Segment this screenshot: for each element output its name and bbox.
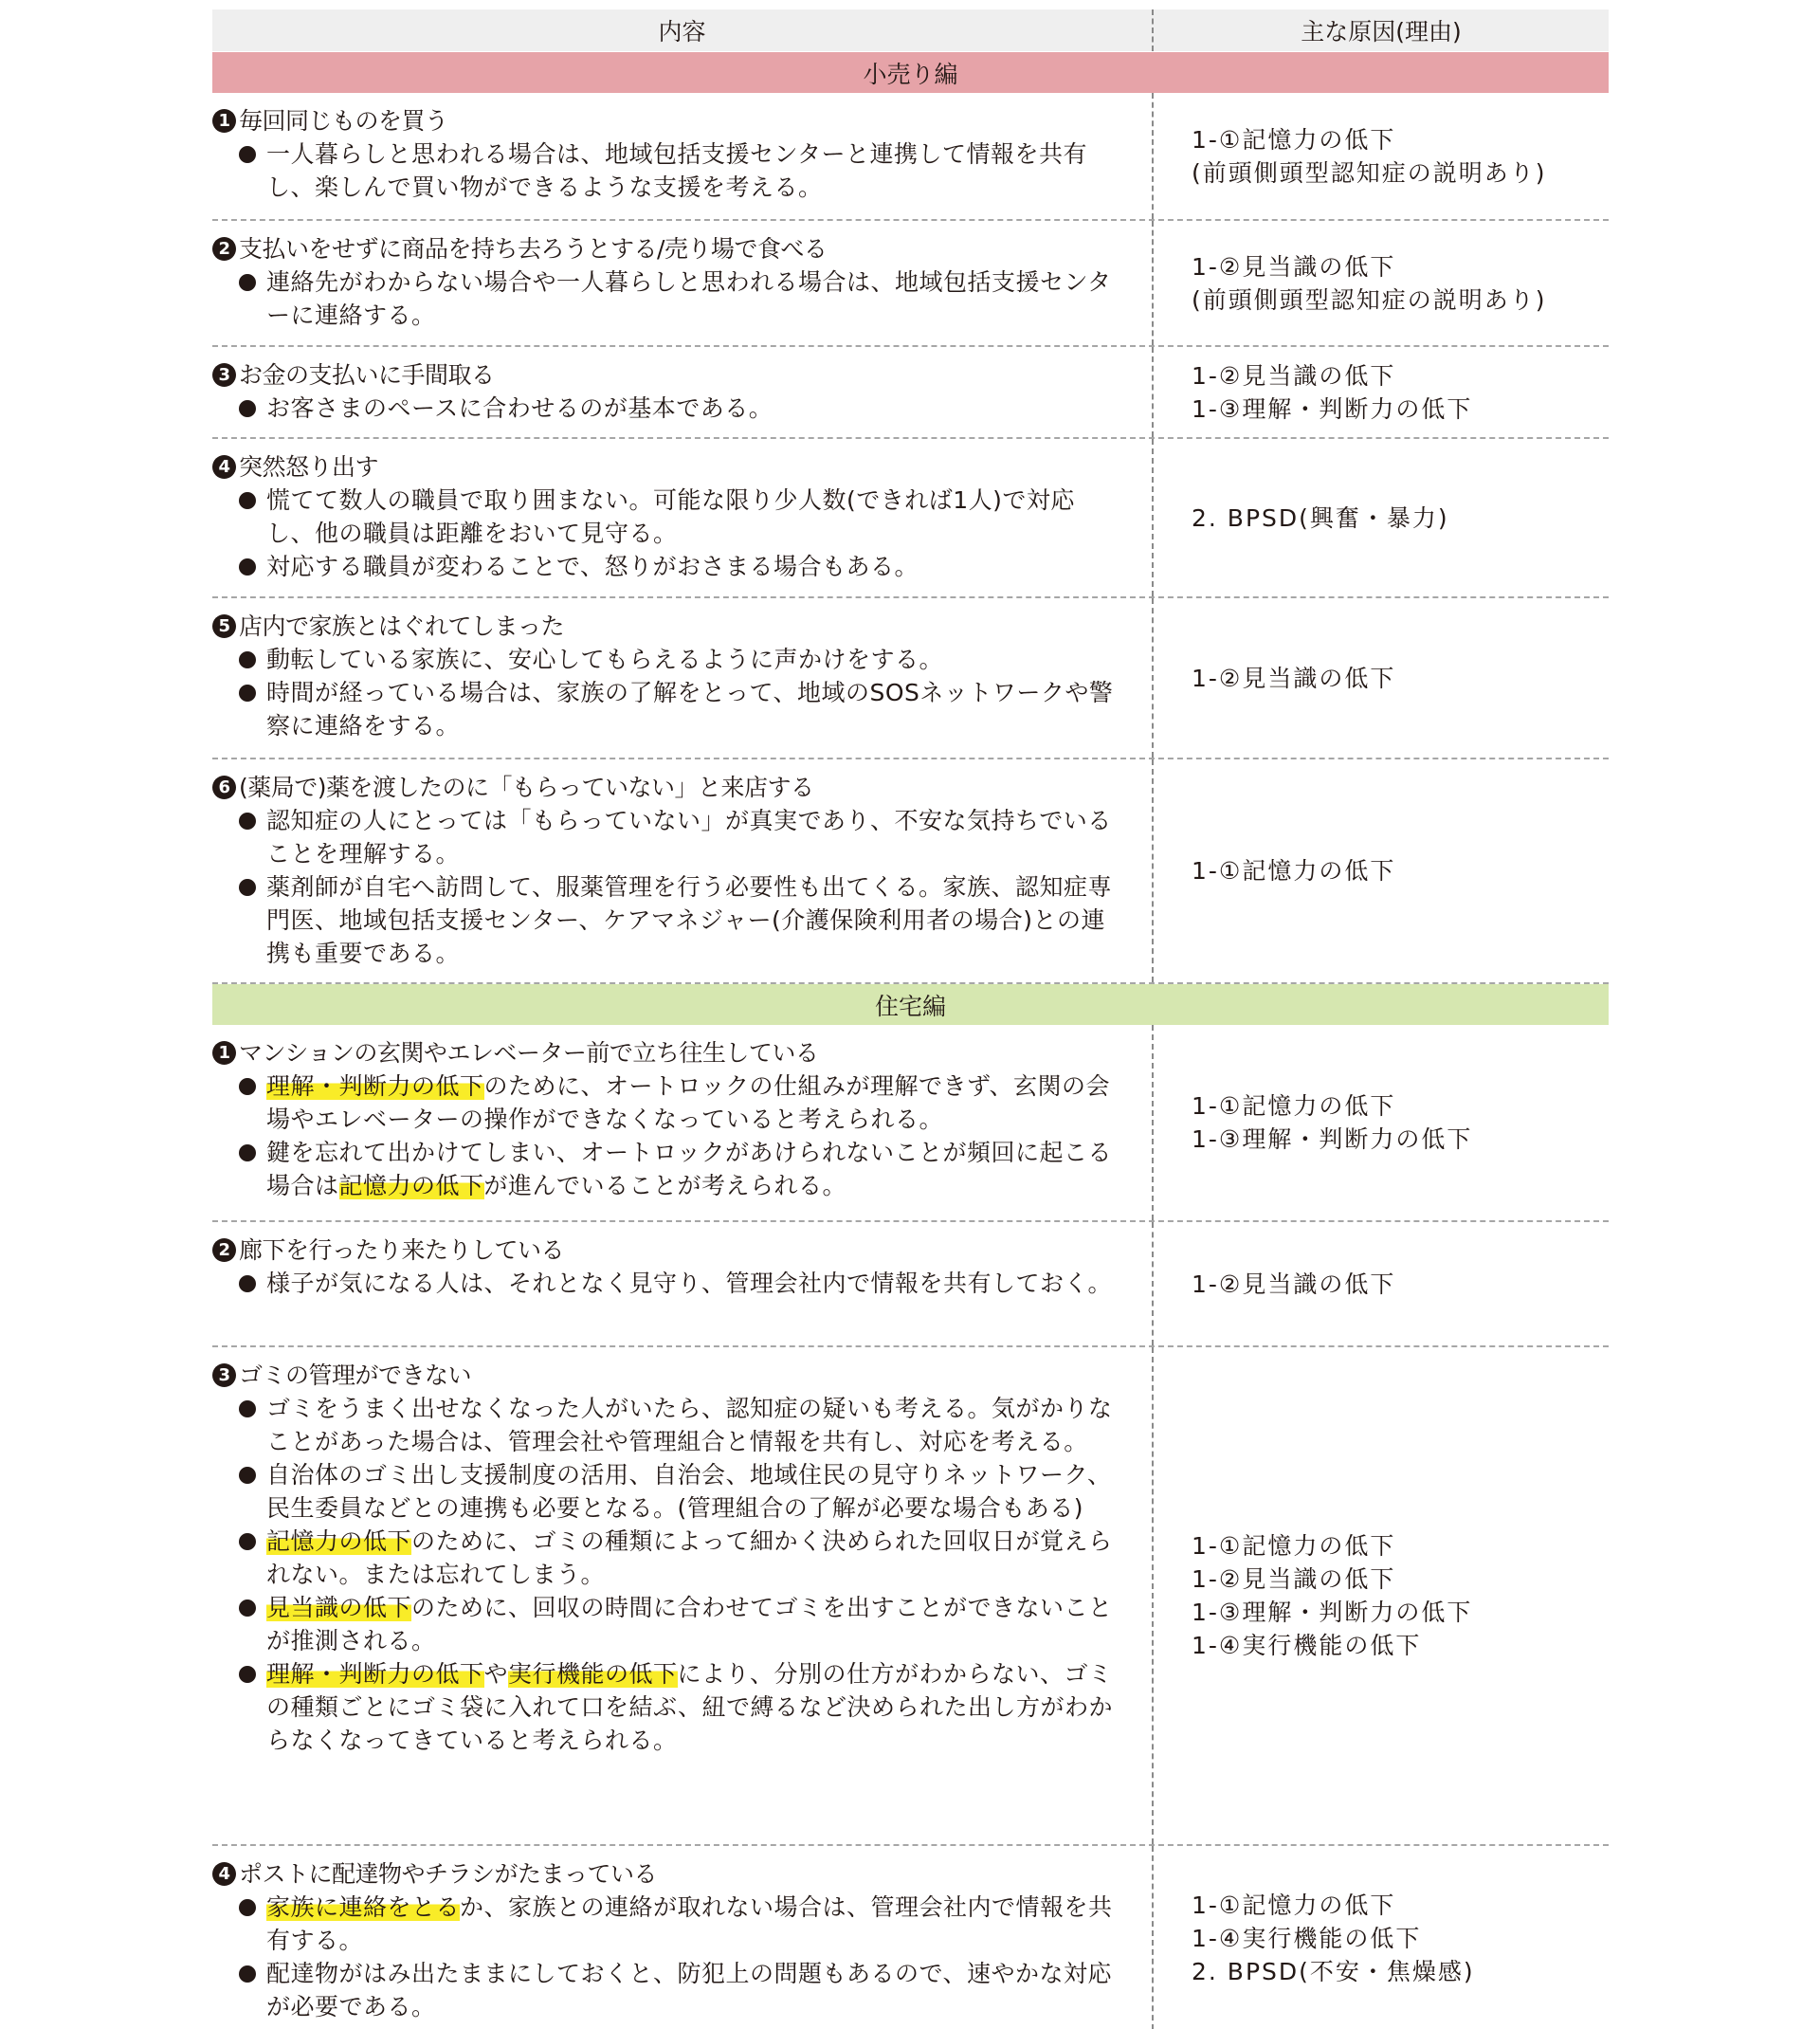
- bullet-dot-icon: [239, 1533, 256, 1550]
- cause-line: 1-①記憶力の低下: [1192, 854, 1609, 887]
- dementia-response-table: 内容 主な原因(理由) 小売り編1毎回同じものを買う一人暮らしと思われる場合は、…: [212, 9, 1609, 2029]
- row-content: 3ゴミの管理ができないゴミをうまく出せなくなった人がいたら、認知症の疑いも考える…: [212, 1347, 1154, 1844]
- number-badge-icon: 3: [212, 1363, 236, 1387]
- bullet-item: ゴミをうまく出せなくなった人がいたら、認知症の疑いも考える。気がかりなことがあっ…: [212, 1392, 1152, 1458]
- cause-line: 1-①記憶力の低下: [1192, 123, 1609, 156]
- row-cause: 1-①記憶力の低下: [1154, 759, 1609, 982]
- bullet-text: 動転している家族に、安心してもらえるように声かけをする。: [266, 643, 1152, 676]
- bullet-text: 連絡先がわからない場合や一人暮らしと思われる場合は、地域包括支援センターに連絡す…: [266, 265, 1152, 332]
- bullet-text: 一人暮らしと思われる場合は、地域包括支援センターと連携して情報を共有し、楽しんで…: [266, 137, 1152, 204]
- section-band-housing: 住宅編: [212, 984, 1609, 1025]
- row-title: 4突然怒り出す: [212, 450, 1152, 484]
- text-segment: お客さまのペースに合わせるのが基本である。: [266, 394, 773, 422]
- bullet-dot-icon: [239, 1078, 256, 1095]
- cause-line: 1-③理解・判断力の低下: [1192, 1596, 1609, 1629]
- bullet-text: 薬剤師が自宅へ訪問して、服薬管理を行う必要性も出てくる。家族、認知症専門医、地域…: [266, 870, 1152, 970]
- bullet-item: 動転している家族に、安心してもらえるように声かけをする。: [212, 643, 1152, 676]
- bullet-text: 理解・判断力の低下や実行機能の低下により、分別の仕方がわからない、ゴミの種類ごと…: [266, 1657, 1152, 1757]
- row-cause: 1-②見当識の低下: [1154, 598, 1609, 758]
- row-title: 4ポストに配達物やチラシがたまっている: [212, 1857, 1152, 1891]
- row-title: 2支払いをせずに商品を持ち去ろうとする/売り場で食べる: [212, 232, 1152, 265]
- bullet-item: 見当識の低下のために、回収の時間に合わせてゴミを出すことができないことが推測され…: [212, 1591, 1152, 1657]
- text-segment: 慌てて数人の職員で取り囲まない。可能な限り少人数(できれば1人)で対応し、他の職…: [266, 486, 1075, 547]
- text-segment: 様子が気になる人は、それとなく見守り、管理会社内で情報を共有しておく。: [266, 1270, 1112, 1297]
- cause-line: 1-④実行機能の低下: [1192, 1922, 1609, 1955]
- row-title: 1マンションの玄関やエレベーター前で立ち往生している: [212, 1036, 1152, 1069]
- bullet-text: 理解・判断力の低下のために、オートロックの仕組みが理解できず、玄関の会場やエレベ…: [266, 1069, 1152, 1136]
- cause-line: 1-②見当識の低下: [1192, 1268, 1609, 1301]
- row-title-text: 毎回同じものを買う: [239, 104, 448, 137]
- row-content: 2支払いをせずに商品を持ち去ろうとする/売り場で食べる連絡先がわからない場合や一…: [212, 221, 1154, 345]
- bullet-dot-icon: [239, 1965, 256, 1983]
- table-row: 6(薬局で)薬を渡したのに「もらっていない」と来店する認知症の人にとっては「もら…: [212, 759, 1609, 984]
- bullet-dot-icon: [239, 274, 256, 291]
- highlighted-term: 理解・判断力の低下: [266, 1660, 484, 1688]
- number-badge-icon: 3: [212, 363, 236, 387]
- row-cause: 1-②見当識の低下(前頭側頭型認知症の説明あり): [1154, 221, 1609, 345]
- bullet-item: 記憶力の低下のために、ゴミの種類によって細かく決められた回収日が覚えられない。ま…: [212, 1525, 1152, 1591]
- bullet-dot-icon: [239, 879, 256, 896]
- bullet-item: 時間が経っている場合は、家族の了解をとって、地域のSOSネットワークや警察に連絡…: [212, 676, 1152, 742]
- text-segment: 動転している家族に、安心してもらえるように声かけをする。: [266, 646, 943, 673]
- row-title: 5店内で家族とはぐれてしまった: [212, 610, 1152, 643]
- number-badge-icon: 4: [212, 1862, 236, 1886]
- table-header: 内容 主な原因(理由): [212, 9, 1609, 51]
- row-title: 3お金の支払いに手間取る: [212, 358, 1152, 392]
- row-title-text: ゴミの管理ができない: [239, 1359, 471, 1392]
- table-row: 1マンションの玄関やエレベーター前で立ち往生している理解・判断力の低下のために、…: [212, 1025, 1609, 1222]
- row-content: 4ポストに配達物やチラシがたまっている家族に連絡をとるか、家族との連絡が取れない…: [212, 1846, 1154, 2029]
- number-badge-icon: 1: [212, 1041, 236, 1065]
- bullet-item: 鍵を忘れて出かけてしまい、オートロックがあけられないことが頻回に起こる場合は記憶…: [212, 1136, 1152, 1202]
- bullet-dot-icon: [239, 400, 256, 417]
- bullet-item: 薬剤師が自宅へ訪問して、服薬管理を行う必要性も出てくる。家族、認知症専門医、地域…: [212, 870, 1152, 970]
- text-segment: ゴミをうまく出せなくなった人がいたら、認知症の疑いも考える。気がかりなことがあっ…: [266, 1395, 1113, 1455]
- row-title: 3ゴミの管理ができない: [212, 1359, 1152, 1392]
- bullet-text: 自治体のゴミ出し支援制度の活用、自治会、地域住民の見守りネットワーク、民生委員な…: [266, 1458, 1152, 1525]
- row-title-text: マンションの玄関やエレベーター前で立ち往生している: [239, 1036, 818, 1069]
- text-segment: や: [484, 1660, 509, 1688]
- row-title-text: 突然怒り出す: [239, 450, 378, 484]
- number-badge-icon: 6: [212, 776, 236, 799]
- bullet-item: 対応する職員が変わることで、怒りがおさまる場合もある。: [212, 550, 1152, 583]
- row-cause: 1-②見当識の低下: [1154, 1222, 1609, 1345]
- table-row: 4ポストに配達物やチラシがたまっている家族に連絡をとるか、家族との連絡が取れない…: [212, 1846, 1609, 2029]
- bullet-text: 見当識の低下のために、回収の時間に合わせてゴミを出すことができないことが推測され…: [266, 1591, 1152, 1657]
- bullet-dot-icon: [239, 1666, 256, 1683]
- bullet-dot-icon: [239, 558, 256, 576]
- cause-line: 1-②見当識の低下: [1192, 359, 1609, 393]
- bullet-item: 一人暮らしと思われる場合は、地域包括支援センターと連携して情報を共有し、楽しんで…: [212, 137, 1152, 204]
- bullet-text: 配達物がはみ出たままにしておくと、防犯上の問題もあるので、速やかな対応が必要であ…: [266, 1957, 1152, 2023]
- bullet-item: 理解・判断力の低下のために、オートロックの仕組みが理解できず、玄関の会場やエレベ…: [212, 1069, 1152, 1136]
- bullet-text: 時間が経っている場合は、家族の了解をとって、地域のSOSネットワークや警察に連絡…: [266, 676, 1152, 742]
- highlighted-term: 見当識の低下: [266, 1594, 411, 1621]
- cause-line: 2. BPSD(不安・焦燥感): [1192, 1955, 1609, 1988]
- text-segment: 時間が経っている場合は、家族の了解をとって、地域のSOSネットワークや警察に連絡…: [266, 679, 1113, 740]
- bullet-item: 配達物がはみ出たままにしておくと、防犯上の問題もあるので、速やかな対応が必要であ…: [212, 1957, 1152, 2023]
- bullet-dot-icon: [239, 651, 256, 668]
- bullet-dot-icon: [239, 1275, 256, 1292]
- bullet-text: ゴミをうまく出せなくなった人がいたら、認知症の疑いも考える。気がかりなことがあっ…: [266, 1392, 1152, 1458]
- row-cause: 1-①記憶力の低下1-②見当識の低下1-③理解・判断力の低下1-④実行機能の低下: [1154, 1347, 1609, 1844]
- row-content: 1マンションの玄関やエレベーター前で立ち往生している理解・判断力の低下のために、…: [212, 1025, 1154, 1220]
- cause-line: 1-④実行機能の低下: [1192, 1629, 1609, 1662]
- bullet-dot-icon: [239, 492, 256, 509]
- row-cause: 1-①記憶力の低下1-③理解・判断力の低下: [1154, 1025, 1609, 1220]
- table-row: 1毎回同じものを買う一人暮らしと思われる場合は、地域包括支援センターと連携して情…: [212, 93, 1609, 221]
- row-title: 1毎回同じものを買う: [212, 104, 1152, 137]
- bullet-text: 家族に連絡をとるか、家族との連絡が取れない場合は、管理会社内で情報を共有する。: [266, 1891, 1152, 1957]
- highlighted-term: 記憶力の低下: [339, 1172, 484, 1199]
- bullet-dot-icon: [239, 1899, 256, 1916]
- header-content: 内容: [212, 9, 1154, 51]
- cause-line: 1-①記憶力の低下: [1192, 1529, 1609, 1563]
- row-content: 3お金の支払いに手間取るお客さまのペースに合わせるのが基本である。: [212, 347, 1154, 437]
- bullet-dot-icon: [239, 1400, 256, 1417]
- row-content: 2廊下を行ったり来たりしている様子が気になる人は、それとなく見守り、管理会社内で…: [212, 1222, 1154, 1345]
- table-row: 3ゴミの管理ができないゴミをうまく出せなくなった人がいたら、認知症の疑いも考える…: [212, 1347, 1609, 1846]
- bullet-text: 様子が気になる人は、それとなく見守り、管理会社内で情報を共有しておく。: [266, 1267, 1152, 1300]
- row-content: 1毎回同じものを買う一人暮らしと思われる場合は、地域包括支援センターと連携して情…: [212, 93, 1154, 219]
- bullet-dot-icon: [239, 1144, 256, 1161]
- header-cause: 主な原因(理由): [1154, 9, 1609, 51]
- bullet-text: お客さまのペースに合わせるのが基本である。: [266, 392, 1152, 425]
- cause-line: 2. BPSD(興奮・暴力): [1192, 502, 1609, 535]
- highlighted-term: 実行機能の低下: [508, 1660, 678, 1688]
- text-segment: 配達物がはみ出たままにしておくと、防犯上の問題もあるので、速やかな対応が必要であ…: [266, 1960, 1112, 2020]
- text-segment: 一人暮らしと思われる場合は、地域包括支援センターと連携して情報を共有し、楽しんで…: [266, 140, 1087, 201]
- cause-line: 1-③理解・判断力の低下: [1192, 393, 1609, 426]
- cause-line: 1-②見当識の低下: [1192, 662, 1609, 695]
- highlighted-term: 記憶力の低下: [266, 1527, 411, 1555]
- row-title-text: お金の支払いに手間取る: [239, 358, 495, 392]
- text-segment: が進んでいることが考えられる。: [484, 1172, 847, 1199]
- text-segment: 連絡先がわからない場合や一人暮らしと思われる場合は、地域包括支援センターに連絡す…: [266, 268, 1112, 329]
- row-cause: 1-①記憶力の低下(前頭側頭型認知症の説明あり): [1154, 93, 1609, 219]
- row-cause: 1-②見当識の低下1-③理解・判断力の低下: [1154, 347, 1609, 437]
- row-title-text: 店内で家族とはぐれてしまった: [239, 610, 564, 643]
- bullet-item: 家族に連絡をとるか、家族との連絡が取れない場合は、管理会社内で情報を共有する。: [212, 1891, 1152, 1957]
- cause-line: 1-③理解・判断力の低下: [1192, 1123, 1609, 1156]
- highlighted-term: 家族に連絡をとる: [266, 1893, 460, 1921]
- text-segment: 薬剤師が自宅へ訪問して、服薬管理を行う必要性も出てくる。家族、認知症専門医、地域…: [266, 873, 1112, 967]
- row-title: 2廊下を行ったり来たりしている: [212, 1234, 1152, 1267]
- cause-line: 1-①記憶力の低下: [1192, 1089, 1609, 1123]
- text-segment: 認知症の人にとっては「もらっていない」が真実であり、不安な気持ちでいることを理解…: [266, 807, 1112, 868]
- bullet-text: 慌てて数人の職員で取り囲まない。可能な限り少人数(できれば1人)で対応し、他の職…: [266, 484, 1152, 550]
- text-segment: 自治体のゴミ出し支援制度の活用、自治会、地域住民の見守りネットワーク、民生委員な…: [266, 1461, 1112, 1522]
- row-cause: 1-①記憶力の低下1-④実行機能の低下2. BPSD(不安・焦燥感): [1154, 1846, 1609, 2029]
- bullet-item: 連絡先がわからない場合や一人暮らしと思われる場合は、地域包括支援センターに連絡す…: [212, 265, 1152, 332]
- bullet-item: 認知症の人にとっては「もらっていない」が真実であり、不安な気持ちでいることを理解…: [212, 804, 1152, 870]
- number-badge-icon: 4: [212, 455, 236, 479]
- cause-line: 1-①記憶力の低下: [1192, 1889, 1609, 1922]
- row-title-text: (薬局で)薬を渡したのに「もらっていない」と来店する: [239, 771, 814, 804]
- bullet-item: 理解・判断力の低下や実行機能の低下により、分別の仕方がわからない、ゴミの種類ごと…: [212, 1657, 1152, 1757]
- table-row: 3お金の支払いに手間取るお客さまのペースに合わせるのが基本である。1-②見当識の…: [212, 347, 1609, 439]
- bullet-item: 様子が気になる人は、それとなく見守り、管理会社内で情報を共有しておく。: [212, 1267, 1152, 1300]
- table-row: 4突然怒り出す慌てて数人の職員で取り囲まない。可能な限り少人数(できれば1人)で…: [212, 439, 1609, 598]
- row-cause: 2. BPSD(興奮・暴力): [1154, 439, 1609, 596]
- row-content: 5店内で家族とはぐれてしまった動転している家族に、安心してもらえるように声かけを…: [212, 598, 1154, 758]
- table-row: 5店内で家族とはぐれてしまった動転している家族に、安心してもらえるように声かけを…: [212, 598, 1609, 759]
- bullet-dot-icon: [239, 1467, 256, 1484]
- highlighted-term: 理解・判断力の低下: [266, 1072, 484, 1100]
- row-title: 6(薬局で)薬を渡したのに「もらっていない」と来店する: [212, 771, 1152, 804]
- bullet-dot-icon: [239, 146, 256, 163]
- section-band-retail: 小売り編: [212, 52, 1609, 93]
- bullet-item: お客さまのペースに合わせるのが基本である。: [212, 392, 1152, 425]
- bullet-text: 鍵を忘れて出かけてしまい、オートロックがあけられないことが頻回に起こる場合は記憶…: [266, 1136, 1152, 1202]
- row-title-text: 廊下を行ったり来たりしている: [239, 1234, 564, 1267]
- table-body: 小売り編1毎回同じものを買う一人暮らしと思われる場合は、地域包括支援センターと連…: [212, 52, 1609, 2029]
- bullet-item: 慌てて数人の職員で取り囲まない。可能な限り少人数(できれば1人)で対応し、他の職…: [212, 484, 1152, 550]
- row-content: 4突然怒り出す慌てて数人の職員で取り囲まない。可能な限り少人数(できれば1人)で…: [212, 439, 1154, 596]
- bullet-item: 自治体のゴミ出し支援制度の活用、自治会、地域住民の見守りネットワーク、民生委員な…: [212, 1458, 1152, 1525]
- cause-line: 1-②見当識の低下: [1192, 250, 1609, 283]
- text-segment: 対応する職員が変わることで、怒りがおさまる場合もある。: [266, 553, 919, 580]
- cause-line: (前頭側頭型認知症の説明あり): [1192, 156, 1609, 190]
- cause-line: (前頭側頭型認知症の説明あり): [1192, 283, 1609, 317]
- bullet-text: 対応する職員が変わることで、怒りがおさまる場合もある。: [266, 550, 1152, 583]
- number-badge-icon: 2: [212, 237, 236, 261]
- number-badge-icon: 5: [212, 614, 236, 638]
- number-badge-icon: 2: [212, 1238, 236, 1262]
- bullet-text: 認知症の人にとっては「もらっていない」が真実であり、不安な気持ちでいることを理解…: [266, 804, 1152, 870]
- row-title-text: 支払いをせずに商品を持ち去ろうとする/売り場で食べる: [239, 232, 827, 265]
- cause-line: 1-②見当識の低下: [1192, 1563, 1609, 1596]
- bullet-dot-icon: [239, 813, 256, 830]
- bullet-dot-icon: [239, 685, 256, 702]
- bullet-text: 記憶力の低下のために、ゴミの種類によって細かく決められた回収日が覚えられない。ま…: [266, 1525, 1152, 1591]
- number-badge-icon: 1: [212, 109, 236, 133]
- row-title-text: ポストに配達物やチラシがたまっている: [239, 1857, 657, 1891]
- row-content: 6(薬局で)薬を渡したのに「もらっていない」と来店する認知症の人にとっては「もら…: [212, 759, 1154, 982]
- table-row: 2支払いをせずに商品を持ち去ろうとする/売り場で食べる連絡先がわからない場合や一…: [212, 221, 1609, 347]
- bullet-dot-icon: [239, 1599, 256, 1617]
- table-row: 2廊下を行ったり来たりしている様子が気になる人は、それとなく見守り、管理会社内で…: [212, 1222, 1609, 1347]
